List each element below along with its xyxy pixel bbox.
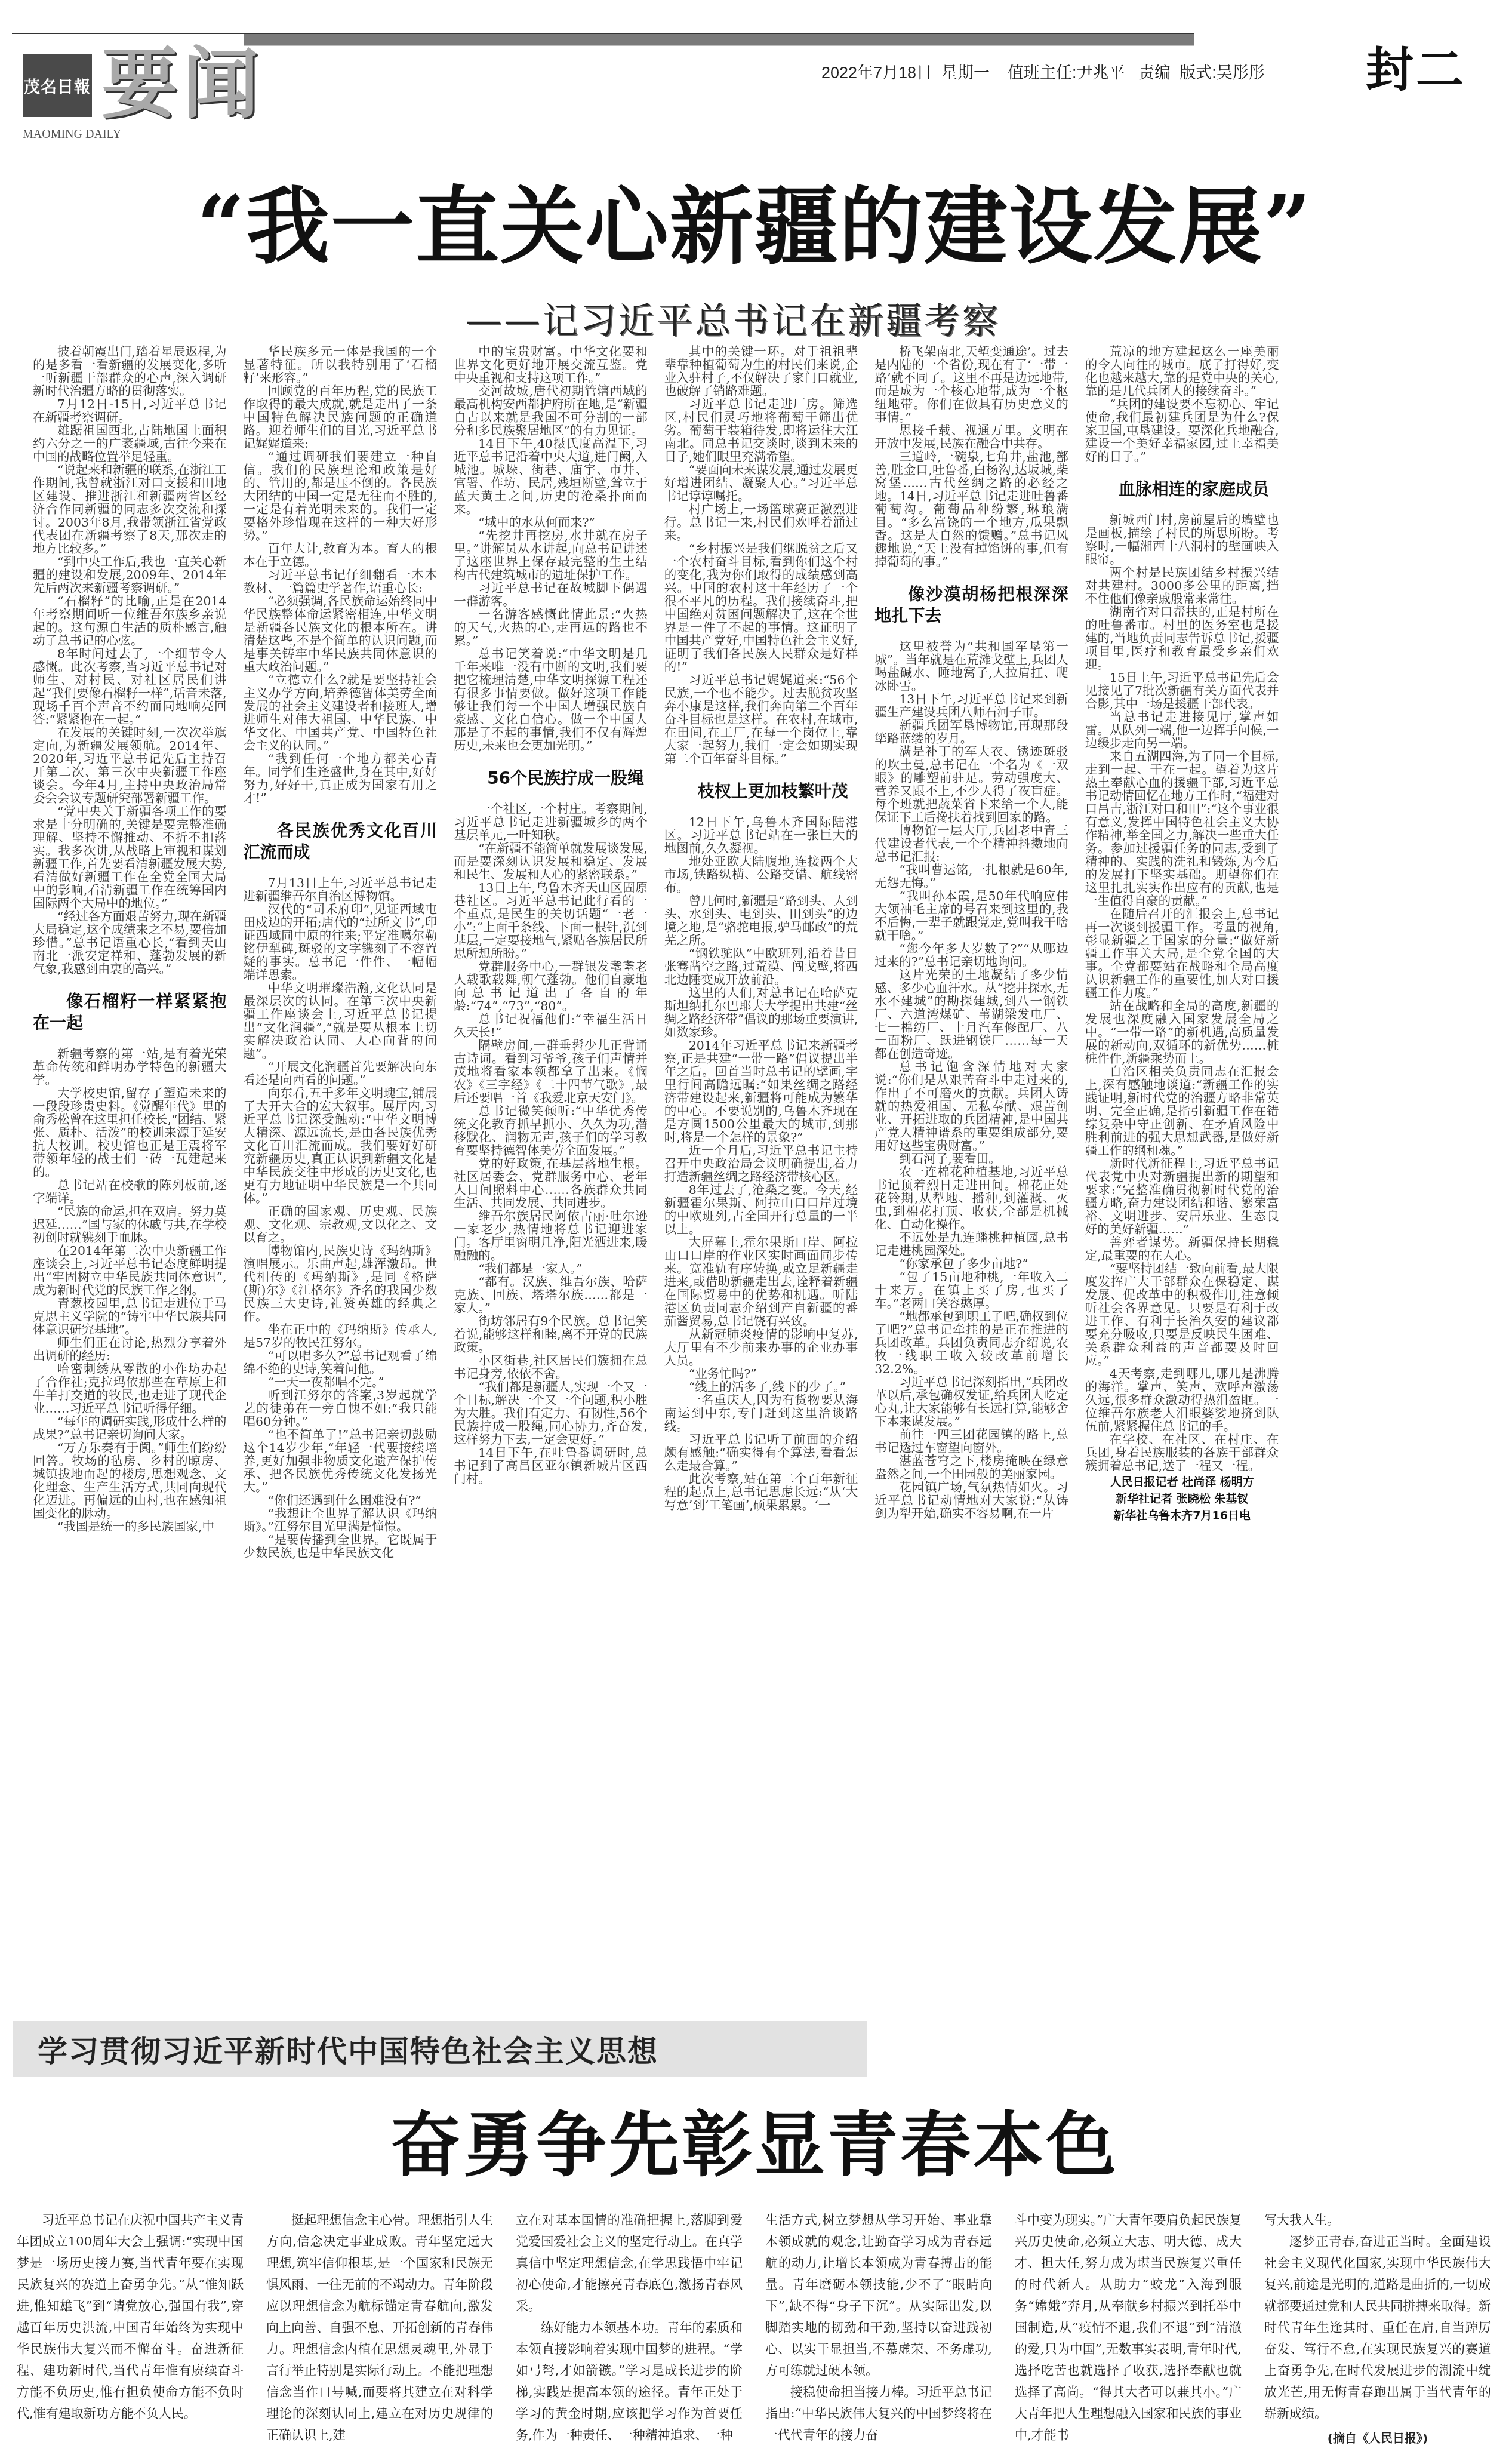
paragraph: 2014年习近平总书记来新疆考察,正是共建“一带一路”倡议提出半年之后。回首当时…	[664, 1039, 858, 1144]
paragraph: 这里的人们,对总书记在哈萨克斯坦纳扎尔巴耶夫大学提出共建“丝绸之路经济带”倡议的…	[664, 986, 858, 1039]
paragraph: 新城西门村,房前屋后的墙壁也是画板,描绘了村民的所思所盼。考察时,一幅湘西十八洞…	[1085, 513, 1279, 566]
paragraph: 近一个月后,习近平总书记主持召开中央政治局会议明确提出,着力打造新疆丝绸之路经济…	[664, 1144, 858, 1183]
paragraph: 听到江努尔的答案,3岁起就学艺的徒弟在一旁自愧不如:“我只能唱60分钟。”	[244, 1389, 438, 1428]
paragraph: 在随后召开的汇报会上,总书记再一次谈到援疆工作。考量的视角,彰显新疆之于国家的分…	[1085, 908, 1279, 999]
subsection-heading: 像石榴籽一样紧紧抱在一起	[33, 991, 227, 1034]
paragraph: 两个村是民族团结乡村振兴结对共建村。3000多公里的距离,挡不住他们像亲戚般常来…	[1085, 566, 1279, 605]
paragraph: 新时代新征程上,习近平总书记代表党中央对新疆提出新的期望和要求:“完整准确贯彻新…	[1085, 1157, 1279, 1236]
paragraph: “线上的活多了,线下的少了。”	[664, 1380, 858, 1394]
paragraph: 在2014年第二次中央新疆工作座谈会上,习近平总书记态度鲜明提出“牢固树立中华民…	[33, 1244, 227, 1297]
paragraph: 4天考察,走到哪儿,哪儿是沸腾的海洋。掌声、笑声、欢呼声激荡久远,很多群众激动得…	[1085, 1367, 1279, 1433]
paragraph: 大屏幕上,霍尔果斯口岸、阿拉山口口岸的作业区实时画面同步传来。宽准轨有序转换,或…	[664, 1236, 858, 1328]
article2-column: 立在对基本国情的准确把握上,落脚到爱党爱国爱社会主义的坚定行动上。在真学真信中坚…	[516, 2209, 743, 2454]
paragraph: “开展文化润疆首先要解决向东看还是向西看的问题。”	[244, 1060, 438, 1087]
paragraph: 披着朝霞出门,踏着星辰返程,为的是多看一看新疆的发展变化,多听一听新疆干部群众的…	[33, 345, 227, 398]
theme-banner: 学习贯彻习近平新时代中国特色社会主义思想	[13, 2021, 867, 2077]
paragraph: “每年的调研实践,形成什么样的成果?”总书记亲切询问大家。	[33, 1415, 227, 1441]
paragraph: 8年过去了,沧桑之变。今天,经新疆霍尔果斯、阿拉山口口岸过境的中欧班列,占全国开…	[664, 1183, 858, 1236]
paragraph: 哈密刺绣从零散的小作坊办起了合作社;克拉玛依那些在草原上和牛羊打交道的牧民,也走…	[33, 1362, 227, 1415]
source-credit: (摘自《人民日报》)	[1264, 2428, 1491, 2449]
paragraph: 15日上午,习近平总书记先后会见接见了7批次新疆有关方面代表并合影,其中一场是援…	[1085, 671, 1279, 710]
paragraph: 习近平总书记在庆祝中国共产主义青年团成立100周年大会上强调:“实现中国梦是一场…	[17, 2209, 244, 2424]
article1-headline: “我一直关心新疆的建设发展”	[0, 179, 1509, 275]
subsection-heading: 血脉相连的家庭成员	[1085, 479, 1279, 500]
paragraph: “兵团的建设要不忘初心、牢记使命,我们最初建兵团是为什么?保家卫国,屯垦建设。要…	[1085, 398, 1279, 463]
paragraph: “业务忙吗?”	[664, 1367, 858, 1380]
article2-headline: 奋勇争先彰显青春本色	[0, 2106, 1509, 2184]
article1-column	[1295, 345, 1489, 1999]
article2-column: 斗中变为现实。”广大青年要肩负起民族复兴历史使命,必须立大志、明大德、成大才、担…	[1015, 2209, 1242, 2454]
section-title: 要闻	[101, 47, 264, 123]
paragraph: 花园镇广场,气氛热情如火。习近平总书记动情地对大家说:“从铸剑为犁开始,确实不容…	[874, 1481, 1068, 1520]
paragraph: 百年大计,教育为本。育人的根本在于立德。	[244, 542, 438, 568]
paragraph: 到石河子,要看田。	[874, 1152, 1068, 1165]
newspaper-name-en: MAOMING DAILY	[23, 128, 121, 141]
newspaper-name: 茂名日報	[24, 74, 91, 97]
paragraph: 习近平总书记在故城脚下偶遇一群游客。	[454, 582, 648, 608]
paragraph: 13日上午,乌鲁木齐天山区固原巷社区。习近平总书记此行看的一个重点,是民生的关切…	[454, 881, 648, 960]
paragraph: “到中央工作后,我也一直关心新疆的建设和发展,2009年、2014年先后两次来新…	[33, 555, 227, 595]
paragraph: 三道岭,一碗泉,七角井,盐池,鄯善,胜金口,吐鲁番,白杨沟,达坂城,柴窝堡……古…	[874, 450, 1068, 568]
paragraph: “我叫孙本霞,是50年代响应伟大领袖毛主席的号召来到这里的,我不后悔,一辈子就跟…	[874, 890, 1068, 942]
paragraph: “石榴籽”的比喻,正是在2014年考察期间听一位维吾尔族乡亲说起的。这句源自生活…	[33, 595, 227, 647]
paragraph: 7月12日-15日,习近平总书记在新疆考察调研。	[33, 398, 227, 424]
paragraph: “我们都是新疆人,实现一个又一个目标,解决一个又一个问题,积小胜为大胜。我们有定…	[454, 1380, 648, 1446]
paragraph: “要面向未来谋发展,通过发展更好增进团结、凝聚人心。”习近平总书记谆谆嘱托。	[664, 463, 858, 503]
paragraph: “立德立什么?就是要坚持社会主义办学方向,培养德智体美劳全面发展的社会主义建设者…	[244, 673, 438, 752]
paragraph: “我们都是一家人。”	[454, 1262, 648, 1275]
paragraph: 新疆兵团军垦博物馆,再现那段筚路蓝缕的岁月。	[874, 719, 1068, 745]
paragraph: “可以唱多久?”总书记观看了绵绵不绝的史诗,笑着问他。	[244, 1349, 438, 1376]
paragraph: “城中的水从何而来?”	[454, 516, 648, 529]
paragraph: “乡村振兴是我们继脱贫之后又一个农村奋斗目标,看到你们这个村的变化,我为你们取得…	[664, 542, 858, 673]
paragraph: 曾几何时,新疆是“路到头、人到头、水到头、电到头、田到头”的边境之地,是“骆驼电…	[664, 894, 858, 947]
paragraph: 总书记站在校歌的陈列板前,逐字端详。	[33, 1179, 227, 1205]
paragraph: “我国是统一的多民族国家,中	[33, 1520, 227, 1533]
paragraph: 正确的国家观、历史观、民族观、文化观、宗教观,文以化之、文以育之。	[244, 1205, 438, 1244]
article1-column: 荒凉的地方建起这么一座美丽的令人向往的城市。底子打得好,变化也越来越大,靠的是党…	[1085, 345, 1279, 1999]
subsection-heading: 各民族优秀文化百川汇流而成	[244, 820, 438, 863]
paragraph: 前往一四三团花园镇的路上,总书记透过车窗望向窗外。	[874, 1428, 1068, 1454]
paragraph: “是要传播到全世界。它既属于少数民族,也是中华民族文化	[244, 1533, 438, 1559]
paragraph: 华民族多元一体是我国的一个显著特征。所以我特别用了‘石榴籽’来形容。”	[244, 345, 438, 384]
byline: 新华社乌鲁木齐7月16日电	[1085, 1509, 1279, 1522]
paragraph: “在新疆不能简单就发展谈发展,而是要深刻认识发展和稳定、发展和民生、发展和人心的…	[454, 842, 648, 881]
byline: 人民日报记者 杜尚泽 杨明方	[1085, 1476, 1279, 1489]
subsection-heading: 枝杈上更加枝繁叶茂	[664, 781, 858, 802]
paragraph: 其中的关键一环。对于祖祖辈辈靠种植葡萄为生的村民们来说,企业入驻村子,不仅解决了…	[664, 345, 858, 398]
paragraph: 写大我人生。	[1264, 2209, 1491, 2231]
paragraph: 当总书记走进接见厅,掌声如雷。从队列一端,他一边挥手问候,一边缓步走向另一端。	[1085, 710, 1279, 750]
paragraph: 在学校、在社区、在村庄、在兵团,身着民族服装的各族干部群众簇拥着总书记,送了一程…	[1085, 1433, 1279, 1472]
paragraph: 交河故城,唐代初期管辖西域的最高机构安西都护府所在地,是“新疆自古以来就是我国不…	[454, 384, 648, 437]
theme-banner-text: 学习贯彻习近平新时代中国特色社会主义思想	[38, 2028, 658, 2071]
article2-column: 挺起理想信念主心骨。理想指引人生方向,信念决定事业成败。青年坚定远大理想,筑牢信…	[266, 2209, 493, 2454]
paragraph: “一天一夜都唱不完。”	[244, 1376, 438, 1389]
paragraph: 满是补丁的军大衣、锈迹斑驳的坎土曼,总书记在一个名为《一双眼》的雕塑前驻足。劳动…	[874, 745, 1068, 824]
paragraph: 博物馆一层大厅,兵团老中青三代建设者代表,一个个精神抖擞地向总书记汇报:	[874, 824, 1068, 863]
paragraph: 从新冠肺炎疫情的影响中复苏,大厅里有不少前来办事的企业办事人员。	[664, 1328, 858, 1367]
paragraph: “您今年多大岁数了?”“从哪边过来的?”总书记亲切地询问。	[874, 942, 1068, 968]
paragraph: 总书记微笑倾听:“中华优秀传统文化教育抓早抓小、久久为功,潜移默化、润物无声,孩…	[454, 1105, 648, 1157]
paragraph: 来自五湖四海,为了同一个目标,走到一起、干在一起。望着为这片热土奉献心血的援疆干…	[1085, 750, 1279, 908]
masthead: 茂名日報 MAOMING DAILY 要闻 2022年7月18日 星期一 值班主…	[0, 0, 1509, 149]
paragraph: “通过调研我们要建立一种自信。我们的民族理论和政策是好的、管用的,都是压不倒的。…	[244, 450, 438, 542]
paragraph: 习近平总书记娓娓道来:“56个民族,一个也不能少。过去脱贫攻坚奔小康是这样,我们…	[664, 673, 858, 765]
subsection-heading: 56个民族拧成一股绳	[454, 768, 648, 789]
paragraph: “民族的命运,担在双肩。努力莫迟延……”国与家的休戚与共,在学校初创时就镌刻于血…	[33, 1205, 227, 1244]
paragraph: 14日下午,在吐鲁番调研时,总书记到了高昌区亚尔镇新城片区西门村。	[454, 1446, 648, 1485]
paragraph: “万方乐奏有于阗。”师生们纷纷回答。牧场的毡房、乡村的晾房、城镇拔地而起的楼房,…	[33, 1441, 227, 1520]
paragraph: 8年时间过去了,一个细节令人感慨。此次考察,当习近平总书记对师生、对村民、对社区…	[33, 647, 227, 726]
paragraph: 党的好政策,在基层落地生根。社区居委会、党群服务中心、老年人日间照料中心……各族…	[454, 1157, 648, 1210]
paragraph: 总书记饱含深情地对大家说:“你们是从艰苦奋斗中走过来的,作出了不可磨灭的贡献。兵…	[874, 1060, 1068, 1152]
paragraph: 逐梦正青春,奋进正当时。全面建设社会主义现代化国家,实现中华民族伟大复兴,前途是…	[1264, 2231, 1491, 2424]
byline: 新华社记者 张晓松 朱基钗	[1085, 1493, 1279, 1506]
paragraph: “党中央关于新疆各项工作的要求是十分明确的,关键是要完整准确理解、坚持不懈推动、…	[33, 805, 227, 910]
paragraph: 这里被誉为“共和国军垦第一城”。当年就是在荒滩戈壁上,兵团人喝盐碱水、睡地窝子,…	[874, 640, 1068, 693]
paragraph: 湖南省对口帮扶的,正是村所在的吐鲁番市。村里的医务室也是援建的,当地负责同志告诉…	[1085, 605, 1279, 671]
paragraph: 此次考察,站在第二个百年新征程的起点上,总书记思虑长远:“从‘大写意’到‘工笔画…	[664, 1472, 858, 1512]
newspaper-logo: 茂名日報	[23, 54, 92, 117]
paragraph: 自治区相关负责同志在汇报会上,深有感触地谈道:“新疆工作的实践证明,新时代党的治…	[1085, 1065, 1279, 1157]
paragraph: 生活方式,树立梦想从学习开始、事业靠本领成就的观念,让勤奋学习成为青春远航的动力…	[765, 2209, 992, 2381]
paragraph: “钢铁驼队”中欧班列,沿着昔日张骞凿空之路,过荒漠、闯戈壁,将西北边陲变成开放前…	[664, 947, 858, 986]
paragraph: 7月13日上午,习近平总书记走进新疆维吾尔自治区博物馆。	[244, 876, 438, 903]
paragraph: “说起来和新疆的联系,在浙江工作期间,我曾就浙江对口支援和田地区建设、推进浙江和…	[33, 463, 227, 555]
paragraph: 农一连棉花种植基地,习近平总书记顶着烈日走进田间。棉花正处花铃期,从犁地、播种,…	[874, 1165, 1068, 1231]
paragraph: 14日下午,40摄氏度高温下,习近平总书记沿着中央大道,进门阙,入城池。城垛、街…	[454, 437, 648, 516]
paragraph: 桥飞架南北,天堑变通途’。过去是内陆的一个省份,现在有了‘一带一路’就不同了。这…	[874, 345, 1068, 424]
paragraph: “先挖井再挖房,水井就在房子里。”讲解员从水讲起,向总书记讲述了这座世界上保存最…	[454, 529, 648, 582]
paragraph: 练好能力本领基本功。青年的素质和本领直接影响着实现中国梦的进程。“学如弓弩,才如…	[516, 2317, 743, 2445]
paragraph: 这片光荣的土地凝结了多少情感、多少心血汗水。从“挖井探水,无水不建城”的勘探建城…	[874, 968, 1068, 1060]
paragraph: 小区街巷,社区居民们簇拥在总书记身旁,依依不舍。	[454, 1354, 648, 1380]
paragraph: “要坚持团结一致向前看,最大限度发挥广大干部群众在保稳定、谋发展、促改革中的积极…	[1085, 1262, 1279, 1367]
paragraph: 习近平总书记走进厂房。筛选区,村民们灵巧地将葡萄干筛出优劣。葡萄干装箱待发,即将…	[664, 398, 858, 463]
paragraph: 习近平总书记深刻指出,“兵团改革以后,承包确权发证,给兵团人吃定心丸,让大家能够…	[874, 1376, 1068, 1428]
article1-column: 华民族多元一体是我国的一个显著特征。所以我特别用了‘石榴籽’来形容。”回顾党的百…	[244, 345, 438, 1999]
article2-body: 习近平总书记在庆祝中国共产主义青年团成立100周年大会上强调:“实现中国梦是一场…	[17, 2209, 1491, 2454]
paragraph: 接稳使命担当接力棒。习近平总书记指出:“中华民族伟大复兴的中国梦终将在一代代青年…	[765, 2381, 992, 2445]
paragraph: 街坊邻居有9个民族。总书记笑着说,能够这样和睦,离不开党的民族政策。	[454, 1315, 648, 1354]
paragraph: “我想让全世界了解认识《玛纳斯》。”江努尔目光里满是憧憬。	[244, 1507, 438, 1533]
paragraph: “都有。汉族、维吾尔族、哈萨克族、回族、塔塔尔族……都是一家人。”	[454, 1275, 648, 1315]
article1-subhead: ——记习近平总书记在新疆考察	[466, 293, 1000, 344]
paragraph: 挺起理想信念主心骨。理想指引人生方向,信念决定事业成败。青年坚定远大理想,筑牢信…	[266, 2209, 493, 2445]
paragraph: “我叫曹运铭,一扎根就是60年,无怨无悔。”	[874, 863, 1068, 890]
paragraph: 坐在正中的《玛纳斯》传承人,是57岁的牧民江努尔。	[244, 1323, 438, 1349]
paragraph: 维吾尔族居民阿依古丽·吐尔逊一家老少,热情地将总书记迎进家门。客厅里窗明几净,阳…	[454, 1210, 648, 1262]
paragraph: 12日下午,乌鲁木齐国际陆港区。习近平总书记站在一张巨大的地图前,久久凝视。	[664, 816, 858, 855]
dateline: 2022年7月18日 星期一 值班主任:尹兆平 责编 版式:吴彤彤	[821, 60, 1265, 83]
paragraph: 师生们正在讨论,热烈分享着外出调研的经历:	[33, 1336, 227, 1362]
paragraph: 中的宝贵财富。中华文化要和世界文化更好地开展交流互鉴。党中央重视和支持这项工作。…	[454, 345, 648, 384]
paragraph: 向东看,五千多年文明瑰宝,铺展了大开大合的宏大叙事。展厅内,习近平总书记深受触动…	[244, 1087, 438, 1205]
paragraph: “你家承包了多少亩地?”	[874, 1257, 1068, 1271]
paragraph: “地都承包到职工了吧,确权到位了吧?”总书记牵挂的是正在推进的兵团改革。兵团负责…	[874, 1310, 1068, 1376]
paragraph: 一名游客感慨此情此景:“火热的天气,火热的心,走再远的路也不累。”	[454, 608, 648, 647]
article1-body: 披着朝霞出门,踏着星辰返程,为的是多看一看新疆的发展变化,多听一听新疆干部群众的…	[33, 345, 1489, 1999]
paragraph: 总书记笑着说:“中华文明是几千年来唯一没有中断的文明,我们要把它梳理清楚,中华文…	[454, 647, 648, 752]
article1-column: 披着朝霞出门,踏着星辰返程,为的是多看一看新疆的发展变化,多听一听新疆干部群众的…	[33, 345, 227, 1999]
article2-column: 习近平总书记在庆祝中国共产主义青年团成立100周年大会上强调:“实现中国梦是一场…	[17, 2209, 244, 2454]
article2-column: 写大我人生。逐梦正青春,奋进正当时。全面建设社会主义现代化国家,实现中华民族伟大…	[1264, 2209, 1491, 2454]
paragraph: 在发展的关键时刻,一次次举旗定向,为新疆发展领航。2014年、2020年,习近平…	[33, 726, 227, 805]
paragraph: 雄踞祖国西北,占陆地国土面积约六分之一的广袤疆域,古往今来在中国的战略位置举足轻…	[33, 424, 227, 463]
subsection-heading: 像沙漠胡杨把根深深地扎下去	[874, 584, 1068, 627]
paragraph: 大学校史馆,留存了塑造未来的一段段珍贵史料。《觉醒年代》里的俞秀松曾在这里担任校…	[33, 1087, 227, 1179]
paragraph: 斗中变为现实。”广大青年要肩负起民族复兴历史使命,必须立大志、明大德、成大才、担…	[1015, 2209, 1242, 2445]
paragraph: 党群服务中心,一群银发耄耋老人载歌载舞,朝气蓬勃。他们自豪地向总书记道出了各自的…	[454, 960, 648, 1013]
paragraph: “你们还遇到什么困难没有?”	[244, 1494, 438, 1507]
paragraph: 善弈者谋势。新疆保持长期稳定,最重要的在人心。	[1085, 1236, 1279, 1262]
paragraph: 13日下午,习近平总书记来到新疆生产建设兵团八师石河子市。	[874, 693, 1068, 719]
masthead-gray-bar	[244, 34, 1194, 46]
article1-column: 桥飞架南北,天堑变通途’。过去是内陆的一个省份,现在有了‘一带一路’就不同了。这…	[874, 345, 1068, 1999]
article1-column: 其中的关键一环。对于祖祖辈辈靠种植葡萄为生的村民们来说,企业入驻村子,不仅解决了…	[664, 345, 858, 1999]
paragraph: 不远处是九连蟠桃种植园,总书记走进桃园深处。	[874, 1231, 1068, 1257]
paragraph: “我到任何一个地方都关心青年。同学们生逢盛世,身在其中,好好努力,好好干,真正成…	[244, 752, 438, 805]
paragraph: “也不简单了!”总书记亲切鼓励这个14岁少年,“年轻一代要接续培养,更好加强非物…	[244, 1428, 438, 1494]
paragraph: 汉代的“司禾府印”,见证西域屯田戍边的开拓;唐代的“过所文书”,印证西域同中原的…	[244, 903, 438, 982]
paragraph: 博物馆内,民族史诗《玛纳斯》演唱展示。乐曲声起,雄浑激昂。世代相传的《玛纳斯》,…	[244, 1244, 438, 1323]
paragraph: “必须强调,各民族命运始终同中华民族整体命运紧密相连,中华文明是新疆各民族文化的…	[244, 595, 438, 673]
paragraph: 村广场上,一场篮球赛正激烈进行。总书记一来,村民们欢呼着涌过来。	[664, 503, 858, 542]
paragraph: 站在战略和全局的高度,新疆的发展也深度融入国家发展全局之中。“一带一路”的新机遇…	[1085, 999, 1279, 1065]
paragraph: 青葱校园里,总书记走进位于马克思主义学院的“铸牢中华民族共同体意识研究基地”。	[33, 1297, 227, 1336]
paragraph: 新疆考察的第一站,是有着光荣革命传统和鲜明办学特色的新疆大学。	[33, 1047, 227, 1087]
article1-column: 中的宝贵财富。中华文化要和世界文化更好地开展交流互鉴。党中央重视和支持这项工作。…	[454, 345, 648, 1999]
page-code: 封二	[1366, 31, 1466, 100]
paragraph: 中华文明璀璨浩瀚,文化认同是最深层次的认同。在第三次中央新疆工作座谈会上,习近平…	[244, 982, 438, 1060]
paragraph: 一名重庆人,因为有货物要从海南运到中东,专门赶到这里洽谈路线。	[664, 1394, 858, 1433]
paragraph: 一个社区,一个村庄。考察期间,习近平总书记走进新疆城乡的两个基层单元,一叶知秋。	[454, 802, 648, 842]
paragraph: 隔壁房间,一群垂髫少儿正背诵古诗词。看到习爷爷,孩子们声情并茂地将看家本领都拿了…	[454, 1039, 648, 1105]
paragraph: 总书记祝福他们:“幸福生活日久天长!”	[454, 1013, 648, 1039]
paragraph: 习近平总书记仔细翻看一本本教材、一篇篇史学著作,语重心长:	[244, 568, 438, 595]
paragraph: 立在对基本国情的准确把握上,落脚到爱党爱国爱社会主义的坚定行动上。在真学真信中坚…	[516, 2209, 743, 2317]
paragraph: “经过各方面艰苦努力,现在新疆大局稳定,这个成绩来之不易,要倍加珍惜。”总书记语…	[33, 910, 227, 976]
paragraph: 荒凉的地方建起这么一座美丽的令人向往的城市。底子打得好,变化也越来越大,靠的是党…	[1085, 345, 1279, 398]
paragraph: “包了15亩地种桃,一年收入二十来万。在镇上买了房,也买了车。”老两口笑容憨厚。	[874, 1271, 1068, 1310]
paragraph: 思接千载、视通万里。文明在开放中发展,民族在融合中共存。	[874, 424, 1068, 450]
paragraph: 习近平总书记听了前面的介绍颇有感触:“确实得有个算法,看看怎么走最合算。”	[664, 1433, 858, 1472]
paragraph: 回顾党的百年历程,党的民族工作取得的最大成就,就是走出了一条中国特色解决民族问题…	[244, 384, 438, 450]
paragraph: 湛蓝苍穹之下,楼房掩映在绿意盎然之间,一个田园般的美丽家园。	[874, 1454, 1068, 1481]
article2-column: 生活方式,树立梦想从学习开始、事业靠本领成就的观念,让勤奋学习成为青春远航的动力…	[765, 2209, 992, 2454]
paragraph: 地处亚欧大陆腹地,连接两个大市场,铁路纵横、公路交错、航线密布。	[664, 855, 858, 894]
